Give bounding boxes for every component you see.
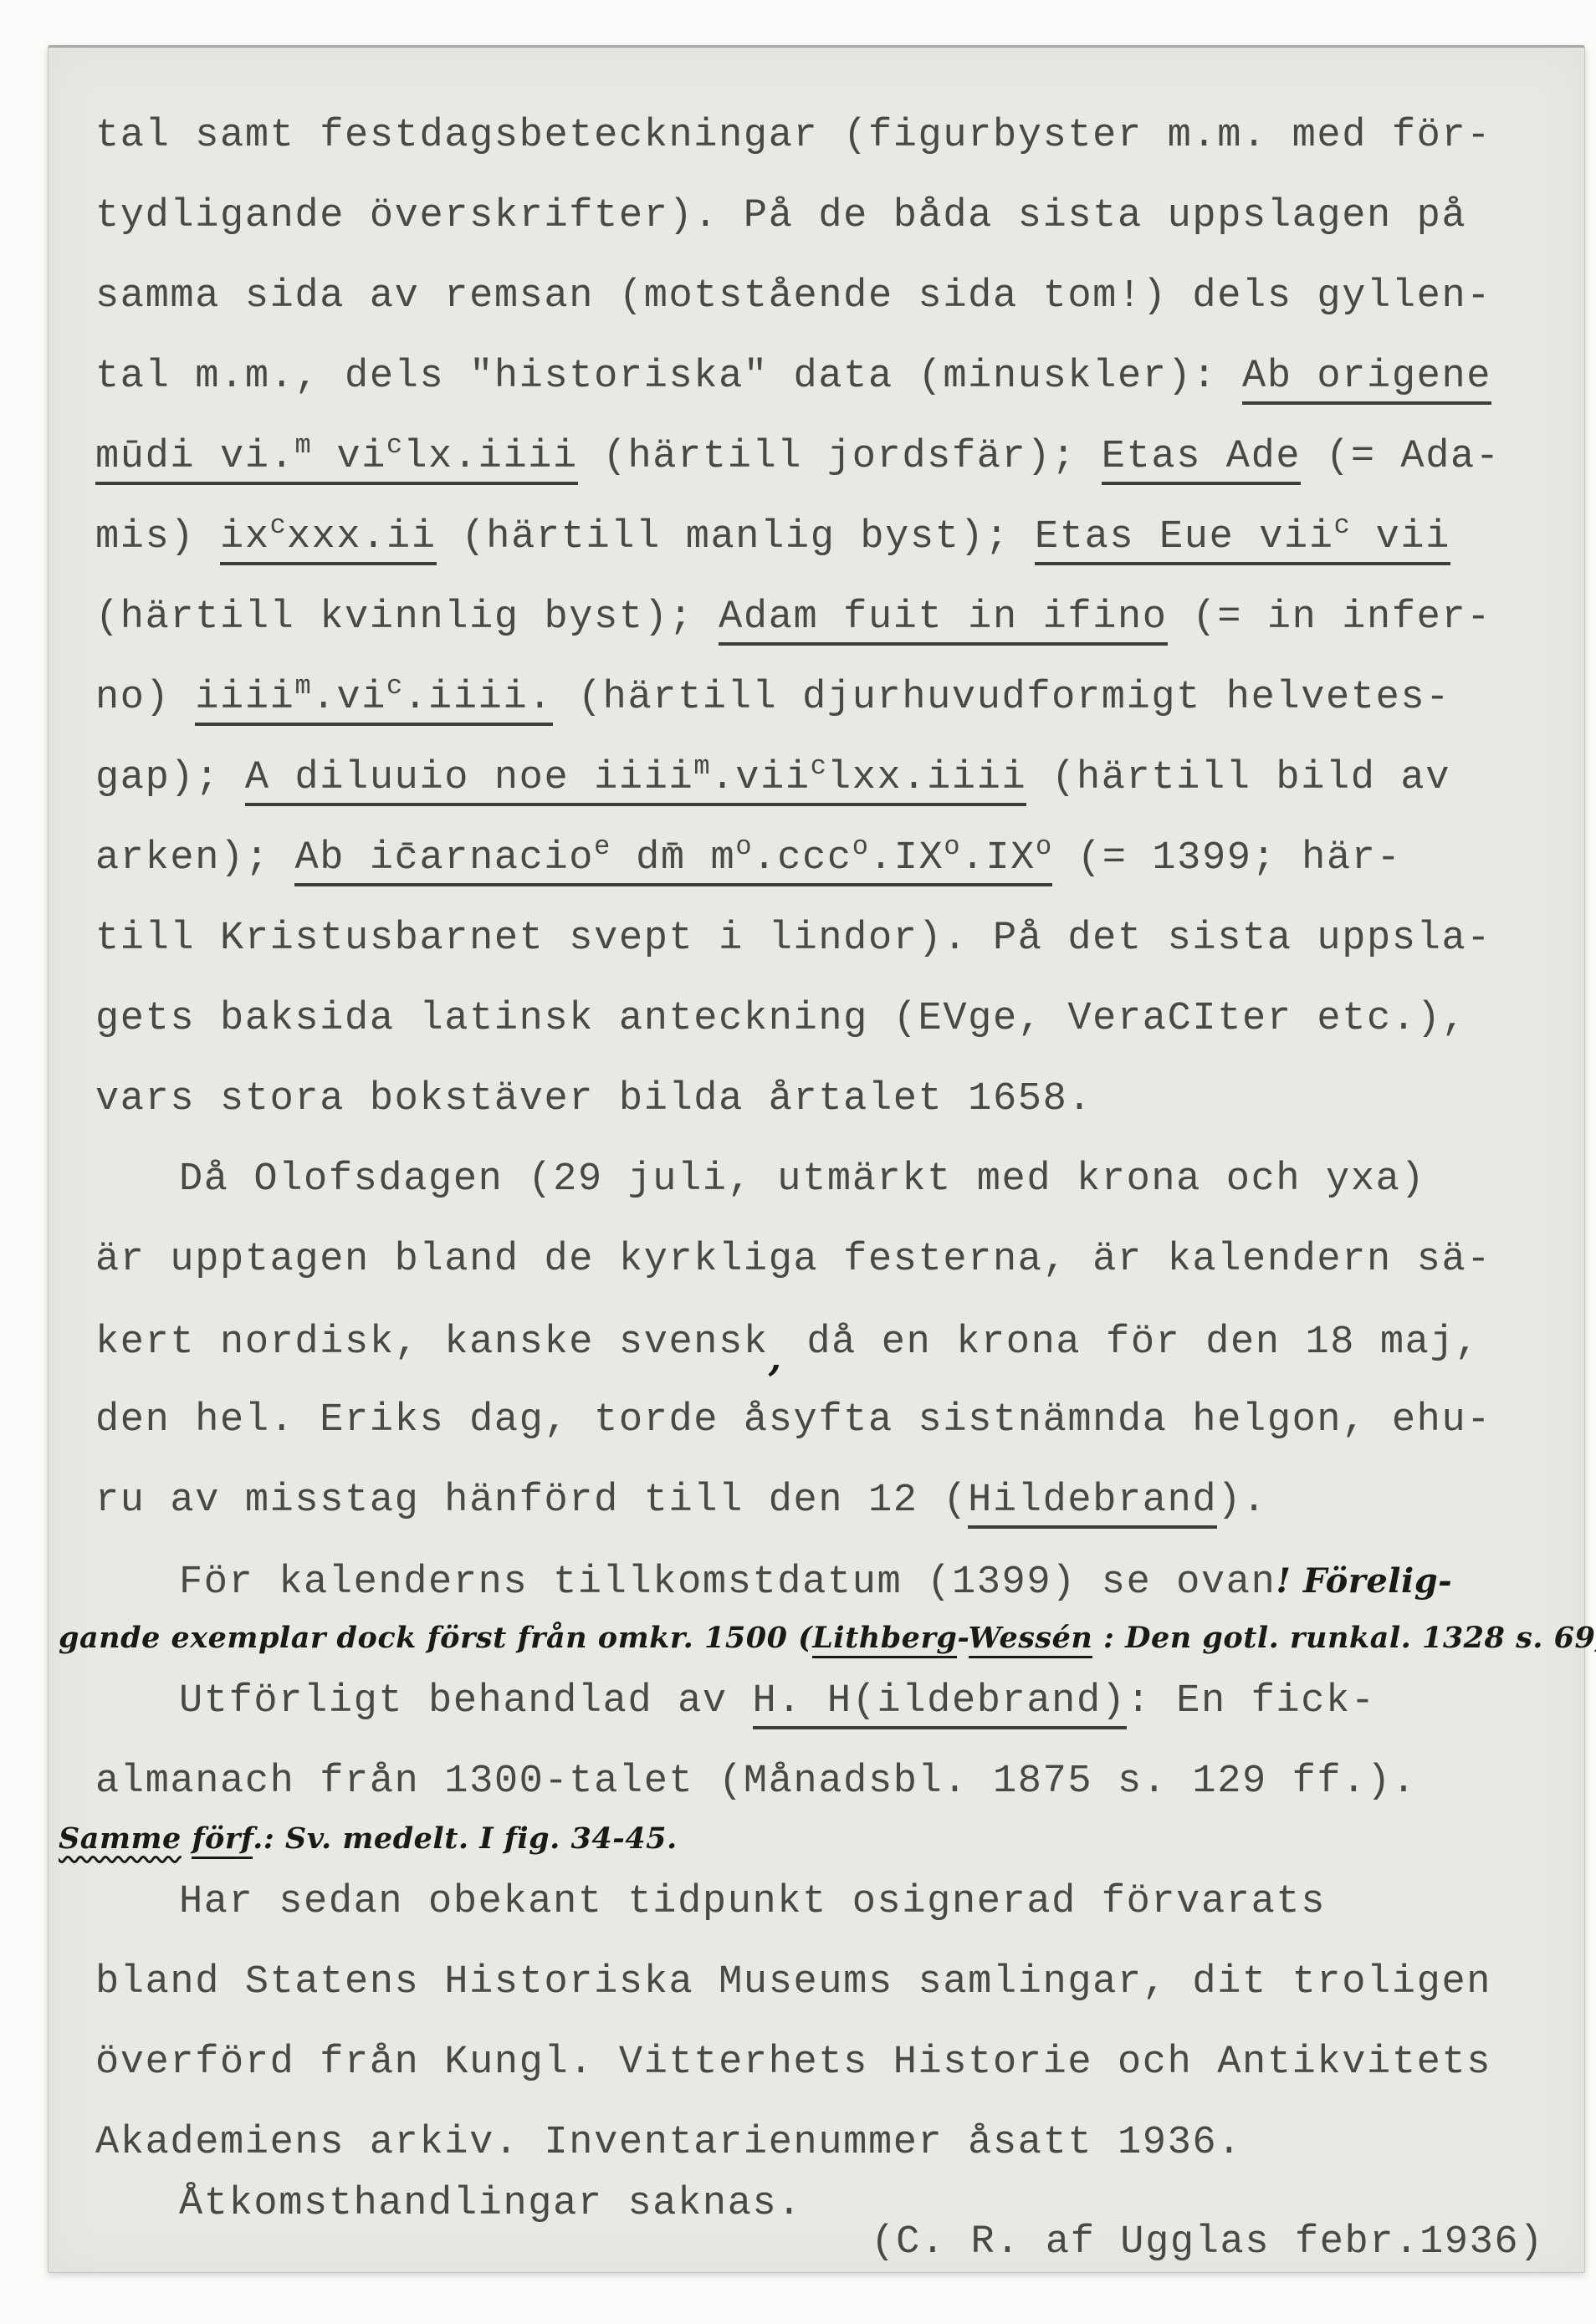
text-line: är upptagen bland de kyrkliga festerna, … bbox=[95, 1220, 1551, 1300]
handwritten-annotation-line: Samme förf.: Sv. medelt. I fig. 34-45. bbox=[59, 1822, 1551, 1862]
text-line: Då Olofsdagen (29 juli, utmärkt med kron… bbox=[95, 1140, 1551, 1220]
text-line: (härtill kvinnlig byst); Adam fuit in if… bbox=[95, 578, 1551, 658]
typed-segment: (= in infer- bbox=[1168, 595, 1491, 640]
underlined-phrase: Ab ic̄arnacioe dm̄ mo.ccco.IXo.IXo bbox=[294, 836, 1052, 886]
typed-segment: no) bbox=[95, 676, 195, 720]
handwritten-segment: ! Förelig- bbox=[1276, 1561, 1452, 1601]
typed-segment: (härtill kvinnlig byst); bbox=[95, 595, 719, 640]
typed-segment: c bbox=[386, 430, 403, 461]
signature-line: (C. R. af Ugglas febr.1936) bbox=[95, 2227, 1551, 2265]
underlined-phrase: Ab origene bbox=[1242, 355, 1491, 405]
typed-segment: c bbox=[270, 510, 287, 541]
handwritten-segment bbox=[182, 1821, 192, 1856]
handwritten-annotation-line: gande exemplar dock först från omkr. 150… bbox=[59, 1622, 1551, 1662]
handwritten-segment: : Den gotl. runkal. 1328 s. 69). bbox=[1092, 1621, 1596, 1655]
typed-segment: ru av misstag hänförd till den 12 ( bbox=[95, 1479, 968, 1523]
handwritten-segment: , bbox=[769, 1337, 782, 1380]
typed-segment: För kalenderns tillkomstdatum (1399) se … bbox=[179, 1560, 1276, 1605]
underlined-phrase: Wessén bbox=[969, 1621, 1093, 1658]
typed-segment: Ab ic̄arnacio bbox=[294, 836, 594, 881]
typed-segment: m bbox=[693, 751, 710, 782]
text-line: Akademiens arkiv. Inventarienummer åsatt… bbox=[95, 2103, 1551, 2184]
typed-segment: xxx.ii bbox=[287, 515, 437, 559]
typed-segment: Utförligt behandlad av bbox=[179, 1679, 753, 1724]
typed-segment: tal samt festdagsbeteckningar (figurbyst… bbox=[95, 114, 1491, 158]
typed-segment: A diluuio noe iiii bbox=[245, 756, 693, 800]
handwritten-segment: Wessén bbox=[969, 1621, 1093, 1655]
underlined-phrase: Adam fuit in ifino bbox=[719, 595, 1167, 646]
typed-segment: o bbox=[1036, 831, 1052, 862]
text-line: samma sida av remsan (motstående sida to… bbox=[95, 257, 1551, 337]
typed-segment: almanach från 1300-talet (Månadsbl. 1875… bbox=[95, 1760, 1417, 1804]
typed-segment: c bbox=[386, 671, 403, 702]
text-line: kert nordisk, kanske svensk, då en krona… bbox=[95, 1300, 1551, 1381]
text-line: ru av misstag hänförd till den 12 (Hilde… bbox=[95, 1461, 1551, 1541]
typed-segment: m bbox=[294, 430, 311, 461]
typed-segment: o bbox=[735, 831, 752, 862]
text-line: almanach från 1300-talet (Månadsbl. 1875… bbox=[95, 1742, 1551, 1822]
typed-segment: e bbox=[594, 831, 611, 862]
typed-segment: : En fick- bbox=[1127, 1679, 1376, 1724]
underlined-phrase: Lithberg bbox=[812, 1621, 957, 1658]
underlined-phrase: mūdi vi.m viclx.iiii bbox=[95, 435, 578, 485]
typed-segment: c bbox=[811, 751, 827, 782]
text-line: tydligande överskrifter). På de båda sis… bbox=[95, 176, 1551, 257]
typed-segment: .IX bbox=[869, 836, 944, 881]
text-line: gets baksida latinsk anteckning (EVge, V… bbox=[95, 979, 1551, 1060]
typed-segment: Etas Eue vii bbox=[1035, 515, 1334, 559]
typed-segment: då en krona för den 18 maj, bbox=[782, 1320, 1481, 1365]
underlined-phrase: Etas Eue viic vii bbox=[1035, 515, 1450, 565]
typed-segment: samma sida av remsan (motstående sida to… bbox=[95, 274, 1491, 319]
typed-segment: vi bbox=[312, 435, 386, 479]
typed-segment: mūdi vi. bbox=[95, 435, 294, 479]
text-line: mūdi vi.m viclx.iiii (härtill jordsfär);… bbox=[95, 417, 1551, 498]
typed-segment: lx.iiii bbox=[403, 435, 578, 479]
typed-segment: dm̄ m bbox=[611, 836, 735, 881]
typed-segment: vii bbox=[1351, 515, 1450, 559]
typed-segment: är upptagen bland de kyrkliga festerna, … bbox=[95, 1238, 1491, 1282]
typed-segment: Etas Ade bbox=[1102, 435, 1301, 479]
typed-segment: (härtill manlig byst); bbox=[437, 515, 1035, 559]
typed-segment: Åtkomsthandlingar saknas. bbox=[179, 2182, 802, 2226]
handwritten-segment: Lithberg bbox=[812, 1621, 957, 1655]
text-line: Utförligt behandlad av H. H(ildebrand): … bbox=[95, 1662, 1551, 1742]
typed-segment: (härtill bild av bbox=[1026, 756, 1450, 800]
underlined-phrase: A diluuio noe iiiim.viiclxx.iiii bbox=[245, 756, 1027, 806]
typed-segment: .iiii. bbox=[403, 676, 553, 720]
typed-segment: bland Statens Historiska Museums samling… bbox=[95, 1960, 1491, 2005]
typed-segment: c bbox=[1334, 510, 1351, 541]
typed-segment: gets baksida latinsk anteckning (EVge, V… bbox=[95, 997, 1466, 1041]
text-line: Har sedan obekant tidpunkt osignerad för… bbox=[95, 1862, 1551, 1943]
typed-segment: o bbox=[944, 831, 960, 862]
typed-segment: .IX bbox=[961, 836, 1036, 881]
text-line: tal samt festdagsbeteckningar (figurbyst… bbox=[95, 96, 1551, 176]
handwritten-segment: Samme bbox=[59, 1821, 182, 1856]
text-line: mis) ixcxxx.ii (härtill manlig byst); Et… bbox=[95, 498, 1551, 578]
typed-segment: (= 1399; här- bbox=[1052, 836, 1401, 881]
underlined-phrase: iiiim.vic.iiii. bbox=[195, 676, 553, 726]
typed-segment: gap); bbox=[95, 756, 245, 800]
text-line: no) iiiim.vic.iiii. (härtill djurhuvudfo… bbox=[95, 658, 1551, 738]
index-card: tal samt festdagsbeteckningar (figurbyst… bbox=[48, 45, 1585, 2273]
typed-segment: m bbox=[294, 671, 311, 702]
text-line: överförd från Kungl. Vitterhets Historie… bbox=[95, 2023, 1551, 2103]
typed-segment: o bbox=[852, 831, 869, 862]
typed-segment: vars stora bokstäver bilda årtalet 1658. bbox=[95, 1077, 1092, 1121]
text-line: vars stora bokstäver bilda årtalet 1658. bbox=[95, 1060, 1551, 1140]
typed-segment: mis) bbox=[95, 515, 220, 559]
typed-segment: den hel. Eriks dag, torde åsyfta sistnäm… bbox=[95, 1398, 1491, 1443]
underlined-phrase: Hildebrand bbox=[968, 1479, 1217, 1529]
typed-segment: (härtill djurhuvudformigt helvetes- bbox=[553, 676, 1450, 720]
typed-segment: till Kristusbarnet svept i lindor). På d… bbox=[95, 917, 1491, 961]
typed-segment: Ab origene bbox=[1242, 355, 1491, 399]
typed-segment: (härtill jordsfär); bbox=[578, 435, 1102, 479]
typed-segment: tydligande överskrifter). På de båda sis… bbox=[95, 194, 1466, 238]
text-line: bland Statens Historiska Museums samling… bbox=[95, 1943, 1551, 2023]
typed-segment: .ccc bbox=[753, 836, 852, 881]
handwritten-segment: förf bbox=[192, 1821, 253, 1856]
text-line: den hel. Eriks dag, torde åsyfta sistnäm… bbox=[95, 1381, 1551, 1461]
card-text: tal samt festdagsbeteckningar (figurbyst… bbox=[95, 96, 1551, 2265]
typed-segment: Hildebrand bbox=[968, 1479, 1217, 1523]
typed-segment: kert nordisk, kanske svensk bbox=[95, 1320, 769, 1365]
handwritten-segment: .: Sv. medelt. I fig. 34-45. bbox=[253, 1821, 678, 1856]
text-line: arken); Ab ic̄arnacioe dm̄ mo.ccco.IXo.I… bbox=[95, 819, 1551, 899]
underlined-phrase: Etas Ade bbox=[1102, 435, 1301, 485]
typed-segment: Då Olofsdagen (29 juli, utmärkt med kron… bbox=[179, 1157, 1425, 1202]
underlined-phrase: förf bbox=[192, 1821, 253, 1859]
text-line: För kalenderns tillkomstdatum (1399) se … bbox=[95, 1541, 1551, 1622]
handwritten-segment: - bbox=[957, 1621, 968, 1655]
typed-segment: ix bbox=[220, 515, 270, 559]
typed-segment: tal m.m., dels "historiska" data (minusk… bbox=[95, 355, 1242, 399]
typed-segment: H. H(ildebrand) bbox=[753, 1679, 1127, 1724]
underlined-phrase: H. H(ildebrand) bbox=[753, 1679, 1127, 1729]
typed-segment: .vii bbox=[711, 756, 811, 800]
typed-segment: (= Ada- bbox=[1301, 435, 1500, 479]
typed-segment: arken); bbox=[95, 836, 294, 881]
typed-segment: ). bbox=[1217, 1479, 1267, 1523]
typed-segment: (C. R. af Ugglas febr.1936) bbox=[871, 2220, 1544, 2265]
text-line: till Kristusbarnet svept i lindor). På d… bbox=[95, 899, 1551, 979]
text-lines-container: tal samt festdagsbeteckningar (figurbyst… bbox=[95, 96, 1551, 2265]
text-line: tal m.m., dels "historiska" data (minusk… bbox=[95, 337, 1551, 417]
typed-segment: iiii bbox=[195, 676, 294, 720]
typed-segment: överförd från Kungl. Vitterhets Historie… bbox=[95, 2041, 1491, 2085]
underlined-phrase: ixcxxx.ii bbox=[220, 515, 437, 565]
typed-segment: .vi bbox=[312, 676, 386, 720]
handwritten-segment: gande exemplar dock först från omkr. 150… bbox=[59, 1621, 812, 1655]
typed-segment: Adam fuit in ifino bbox=[719, 595, 1167, 640]
typed-segment: lxx.iiii bbox=[827, 756, 1026, 800]
typed-segment: Akademiens arkiv. Inventarienummer åsatt… bbox=[95, 2121, 1242, 2165]
typed-segment: Har sedan obekant tidpunkt osignerad för… bbox=[179, 1880, 1326, 1924]
text-line: gap); A diluuio noe iiiim.viiclxx.iiii (… bbox=[95, 738, 1551, 819]
